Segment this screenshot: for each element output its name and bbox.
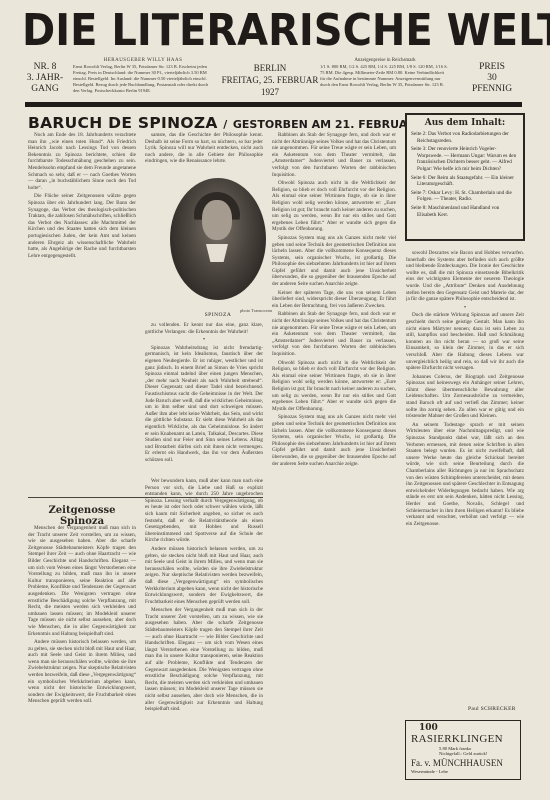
dateline-year: 1927 xyxy=(215,86,325,98)
portrait-face xyxy=(202,200,232,240)
paragraph: Keiner der späteren Tage, die uns von se… xyxy=(272,290,396,310)
ad-firm: Fa. v. MÜNCHHAUSEN xyxy=(411,758,515,769)
paragraph: Spinozas Wahrheitsdrang ist nicht fremda… xyxy=(145,345,263,464)
toc-item: Seite 3: Der renovierte Heinrich Vogeler… xyxy=(411,146,519,172)
feature-headline: Zeitgenosse Spinoza xyxy=(28,505,136,527)
paragraph: Wer bewundern kann, muß aber kann man na… xyxy=(145,478,263,544)
portrait-caption: SPINOZA xyxy=(170,312,266,318)
headline-separator: / xyxy=(223,118,227,131)
paragraph: An seinem Todestage sprach er mit seinen… xyxy=(406,422,524,528)
paragraph: Doch die stärkste Wirkung Spinozas auf u… xyxy=(406,312,524,371)
paragraph: zu vollenden. Er kennt nur das eine, gan… xyxy=(145,322,263,335)
toc-item: Seite 7: Oskar Levy: H. St. Chamberlain … xyxy=(411,190,519,203)
lead-headline: BARUCH DE SPINOZA / GESTORBEN AM 21. FEB… xyxy=(28,113,408,132)
dateline-city: BERLIN xyxy=(215,62,325,74)
lead-column-2: samste, das die Geschichte der Philosoph… xyxy=(145,132,263,176)
toc-title: Aus dem Inhalt: xyxy=(411,118,519,128)
paragraph: sowohl Descartes wie Bacon und Hobbes ve… xyxy=(406,250,524,303)
lead-column-3: Rabbinen als Stab der Synagoge fern, und… xyxy=(272,132,396,790)
ad-rates-info: Anzeigenpreise in Reichsmark 1/1 S. 800 … xyxy=(320,58,450,88)
price-unit: PFENNIG xyxy=(462,84,522,95)
paragraph: Andere müssen historisch belassen werden… xyxy=(145,546,263,605)
paragraph: Die Flüche seiner Zeitgenossen wälzte ge… xyxy=(28,193,136,259)
dateline-date: FREITAG, 25. FEBRUAR xyxy=(215,74,325,86)
price-amount: 30 xyxy=(462,73,522,84)
razor-blade-advertisement: 100 RASIERKLINGEN 5.80 Mark franko Nicht… xyxy=(405,720,521,780)
toc-item: Seite 8: Maschinenland und Handland von … xyxy=(411,205,519,218)
paragraph: Menschen der Vergangenheit muß man sich … xyxy=(28,525,136,637)
toc-item: Seite 2: Das Verbot von Radiodarbietunge… xyxy=(411,131,519,144)
masthead-title: DIE LITERARISCHE WELT xyxy=(22,6,532,56)
feature-column-2: Wer bewundern kann, muß aber kann man na… xyxy=(145,478,263,790)
lead-column-4: sowohl Descartes wie Bacon und Hobbes ve… xyxy=(406,250,524,690)
toc-item: Seite 6: Der Reim als Staatsgefahr. — Ei… xyxy=(411,175,519,188)
issue-number-text: NR. 8 xyxy=(20,62,70,73)
paragraph: Noch am Ende des 18. Jahrhunderts verach… xyxy=(28,132,136,191)
newspaper-page: DIE LITERARISCHE WELT NR. 8 3. JAHR- GAN… xyxy=(0,0,550,800)
issue-year-suffix: GANG xyxy=(20,84,70,95)
table-of-contents: Aus dem Inhalt: Seite 2: Das Verbot von … xyxy=(405,113,525,241)
lead-column-2-continued: zu vollenden. Er kennt nur das eine, gan… xyxy=(145,322,263,472)
paragraph: samste, das die Geschichte der Philosoph… xyxy=(145,132,263,165)
separator-dot: • xyxy=(145,337,263,344)
paragraph: Obwohl Spinoza auch nicht in die Weltlic… xyxy=(272,180,396,233)
spinoza-portrait xyxy=(170,178,266,308)
publisher-text: Ernst Rowohlt Verlag, Berlin W 35, Potsd… xyxy=(73,64,213,94)
ad-product: RASIERKLINGEN xyxy=(411,733,515,746)
masthead-meta-row: NR. 8 3. JAHR- GANG HERAUSGEBER WILLY HA… xyxy=(0,58,550,100)
publisher-info: HERAUSGEBER WILLY HAAS Ernst Rowohlt Ver… xyxy=(73,58,213,94)
ad-quantity: 100 xyxy=(419,723,515,733)
headline-main: BARUCH DE SPINOZA xyxy=(28,114,218,132)
lead-column-1: Noch am Ende des 18. Jahrhunderts verach… xyxy=(28,132,136,492)
paragraph: Spinozas System mag uns als Ganzes nicht… xyxy=(272,414,396,467)
paragraph: Johannes Colerus, der Biograph und Zeitg… xyxy=(406,374,524,420)
paragraph: Andere müssen historisch belassen werden… xyxy=(28,639,136,705)
issue-number: NR. 8 3. JAHR- GANG xyxy=(20,62,70,95)
separator-dot: • xyxy=(406,305,524,312)
feature-column-1: Menschen der Vergangenheit muß man sich … xyxy=(28,525,136,790)
ad-location: Wesermünde - Lehe xyxy=(411,769,515,774)
issue-year: 3. JAHR- xyxy=(20,73,70,84)
paragraph: Menschen der Vergangenheit muß man sich … xyxy=(145,607,263,713)
price-box: PREIS 30 PFENNIG xyxy=(462,62,522,95)
dateline: BERLIN FREITAG, 25. FEBRUAR 1927 xyxy=(215,62,325,98)
paragraph: Spinozas System mag uns als Ganzes nicht… xyxy=(272,235,396,288)
ad-rates-text: 1/1 S. 800 RM, 1/2 S. 425 RM, 1/4 S. 225… xyxy=(320,64,450,88)
paragraph: Obwohl Spinoza auch nicht in die Weltlic… xyxy=(272,360,396,413)
paragraph: Rabbinen als Stab der Synagoge fern, und… xyxy=(272,311,396,357)
price-label: PREIS xyxy=(462,62,522,73)
paragraph: Rabbinen als Stab der Synagoge fern, und… xyxy=(272,132,396,178)
masthead-divider xyxy=(25,102,522,107)
author-byline: Paul SCHRECKER xyxy=(468,706,516,712)
ad-terms-guarantee: Nichtgefall.: Geld zurück! xyxy=(439,751,515,756)
